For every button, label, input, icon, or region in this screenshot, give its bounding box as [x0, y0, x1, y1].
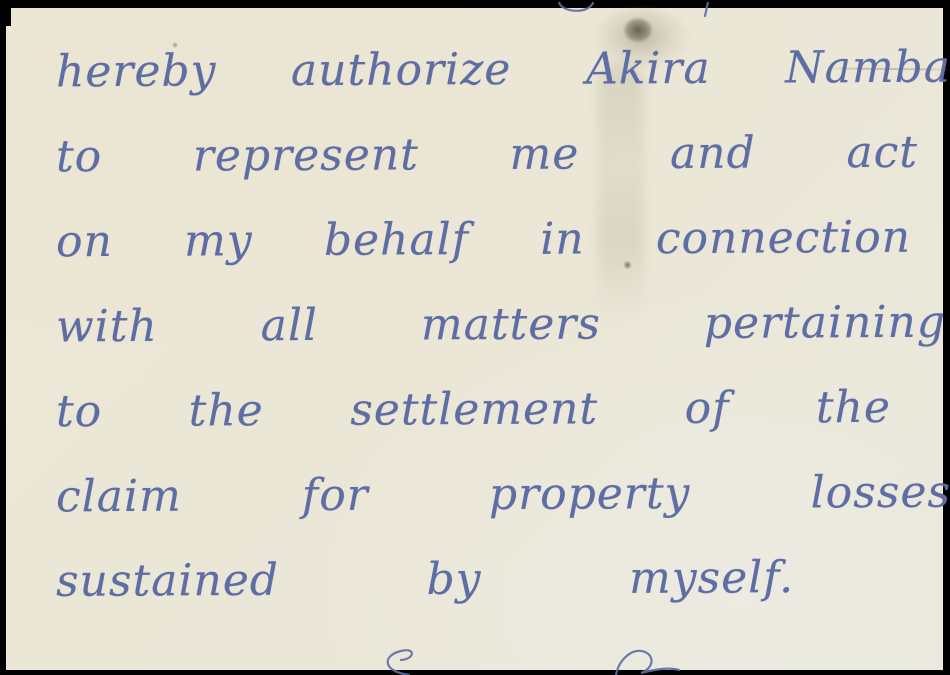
- handwritten-line-7: sustained by myself.: [56, 546, 794, 614]
- handwritten-line-2: to represent me and act: [56, 121, 918, 190]
- scanned-document: hereby authorize Akira Namba to represen…: [0, 0, 950, 675]
- handwritten-line-4: with all matters pertaining: [56, 291, 946, 360]
- handwritten-line-3: on my behalf in connection: [56, 206, 911, 274]
- cut-off-signature-strokes: [361, 643, 701, 675]
- cut-off-pen-strokes-top: [551, 2, 721, 20]
- handwritten-line-6: claim for property losses: [56, 461, 950, 530]
- handwritten-line-1: hereby authorize Akira Namba: [56, 36, 950, 105]
- scan-border-notch: [0, 0, 11, 26]
- document-page: hereby authorize Akira Namba to represen…: [6, 8, 943, 670]
- handwritten-line-5: to the settlement of the: [56, 376, 891, 444]
